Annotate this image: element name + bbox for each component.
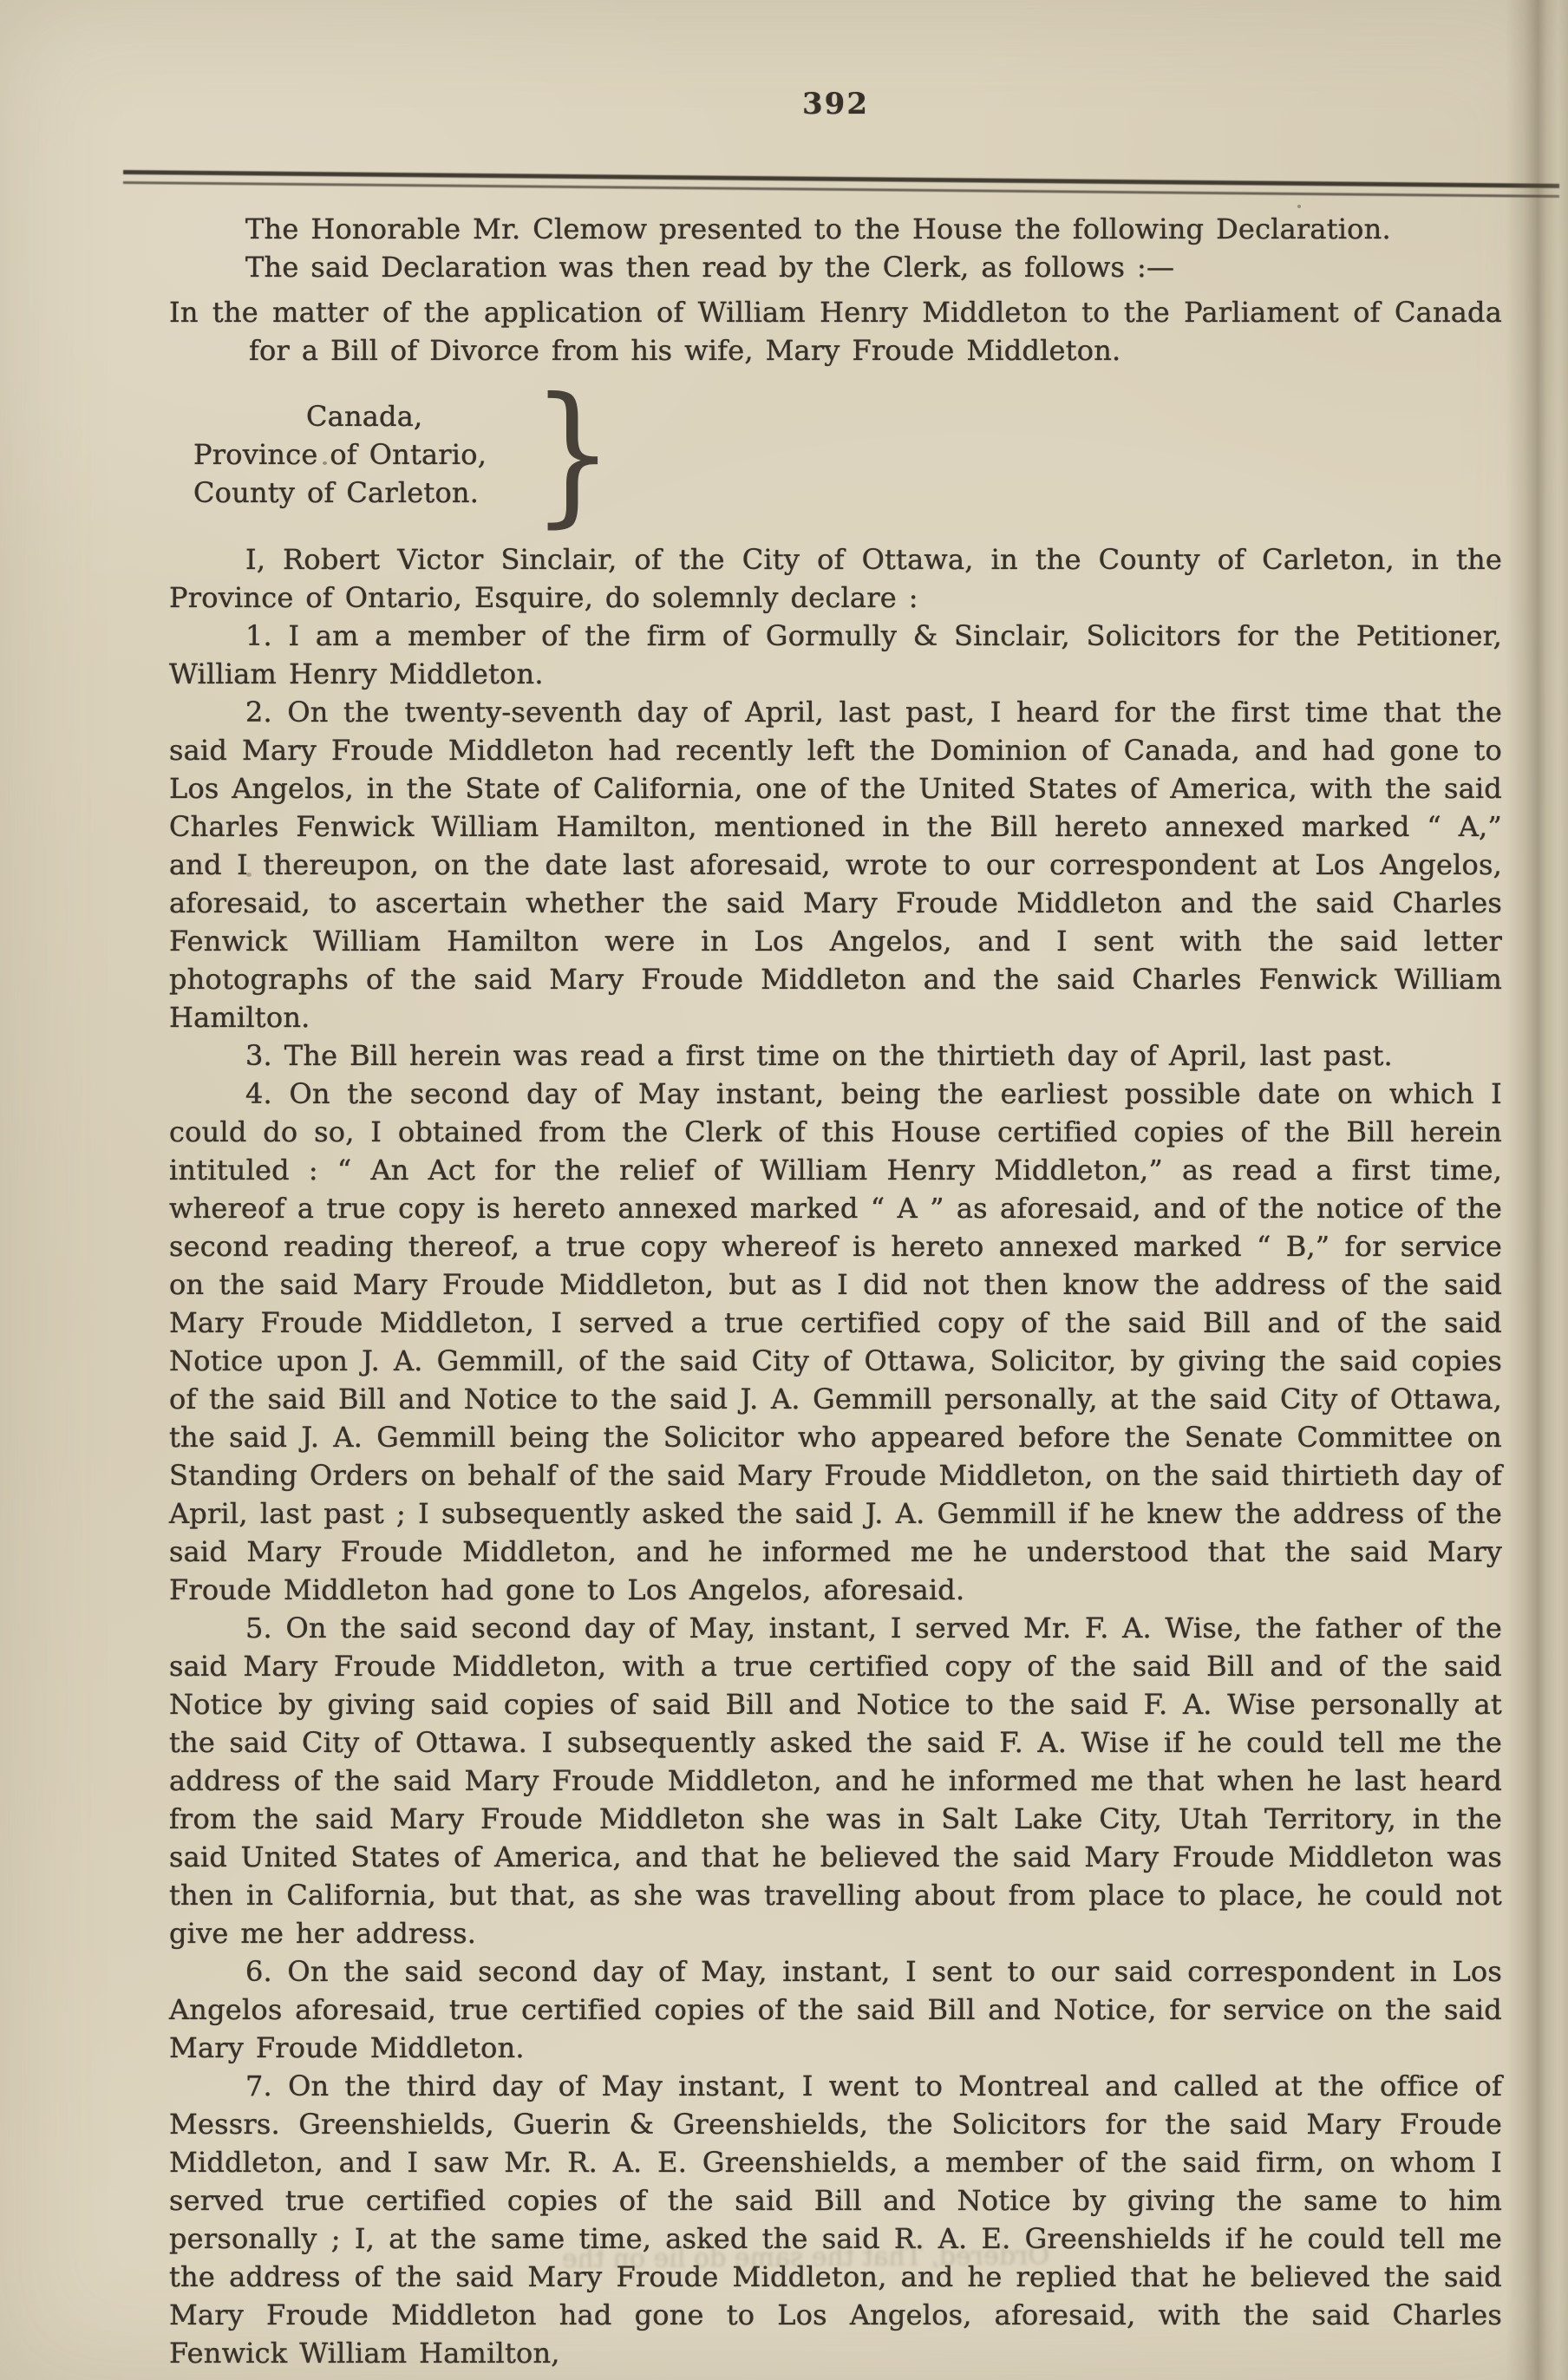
page-number: 392 (169, 87, 1502, 121)
declaration-paragraph-4: 4. On the second day of May instant, bei… (169, 1075, 1502, 1609)
paper-speck (1297, 205, 1301, 208)
venue-lines: Canada, Province of Ontario, County of C… (193, 397, 487, 512)
declaration-paragraph-6: 6. On the said second day of May, instan… (169, 1952, 1502, 2067)
declarant-statement: I, Robert Victor Sinclair, of the City o… (169, 540, 1502, 617)
declaration-paragraph-2: 2. On the twenty-seventh day of April, l… (169, 693, 1502, 1036)
intro-line-2: The said Declaration was then read by th… (169, 248, 1502, 286)
scanned-document-page: 392 The Honorable Mr. Clemow presented t… (0, 0, 1568, 2380)
venue-brace: } (532, 378, 614, 530)
header-double-rule (123, 170, 1559, 198)
page-edge-shading (1506, 0, 1568, 2380)
declaration-paragraph-7: 7. On the third day of May instant, I we… (169, 2067, 1502, 2372)
venue-line-county: County of Carleton. (193, 474, 487, 512)
declaration-paragraph-1: 1. I am a member of the firm of Gormully… (169, 617, 1502, 693)
declaration-paragraph-5: 5. On the said second day of May, instan… (169, 1609, 1502, 1952)
declaration-text-block: The Honorable Mr. Clemow presented to th… (169, 210, 1502, 2372)
venue-line-canada: Canada, (193, 397, 487, 435)
show-through-text: Ordered, That the same do lie on the (373, 2240, 1049, 2275)
declaration-paragraph-3: 3. The Bill herein was read a first time… (169, 1036, 1502, 1075)
venue-line-province: Province of Ontario, (193, 435, 487, 474)
matter-caption: In the matter of the application of Will… (169, 293, 1502, 369)
venue-block: Canada, Province of Ontario, County of C… (193, 378, 1502, 530)
intro-line-1: The Honorable Mr. Clemow presented to th… (169, 210, 1502, 248)
